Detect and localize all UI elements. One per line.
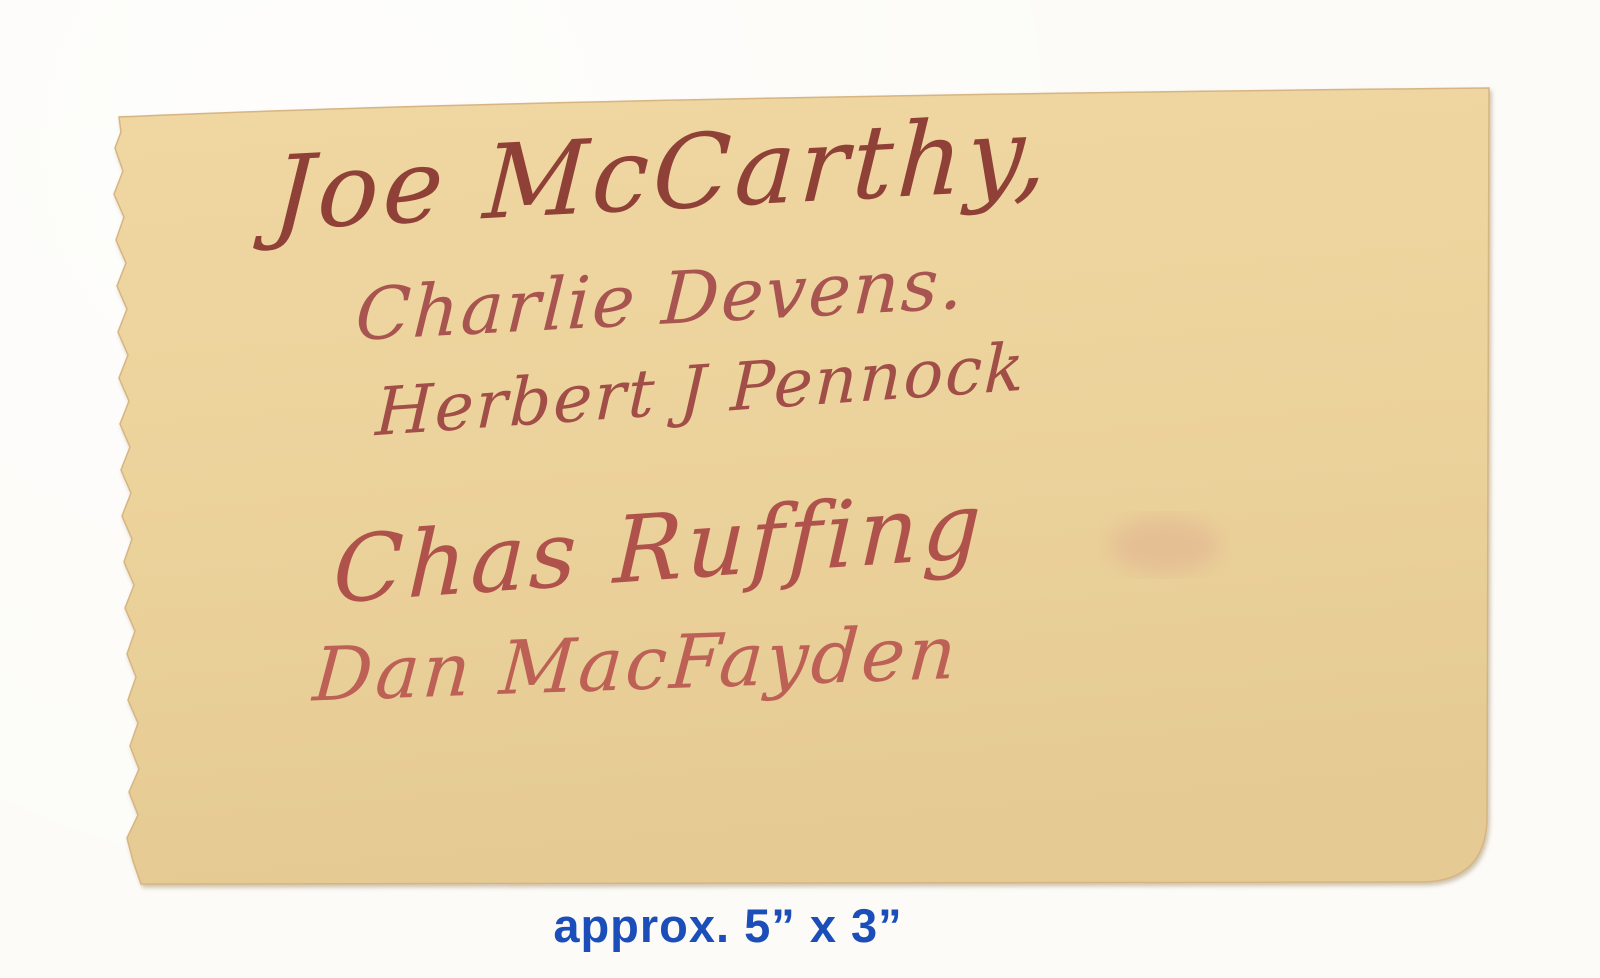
size-caption: approx. 5” x 3” [0,898,1456,953]
ink-smudge [1110,517,1220,573]
scanned-photo-background: Joe McCarthy, Charlie Devens. Herbert J … [0,0,1600,978]
autograph-page: Joe McCarthy, Charlie Devens. Herbert J … [0,0,1600,978]
